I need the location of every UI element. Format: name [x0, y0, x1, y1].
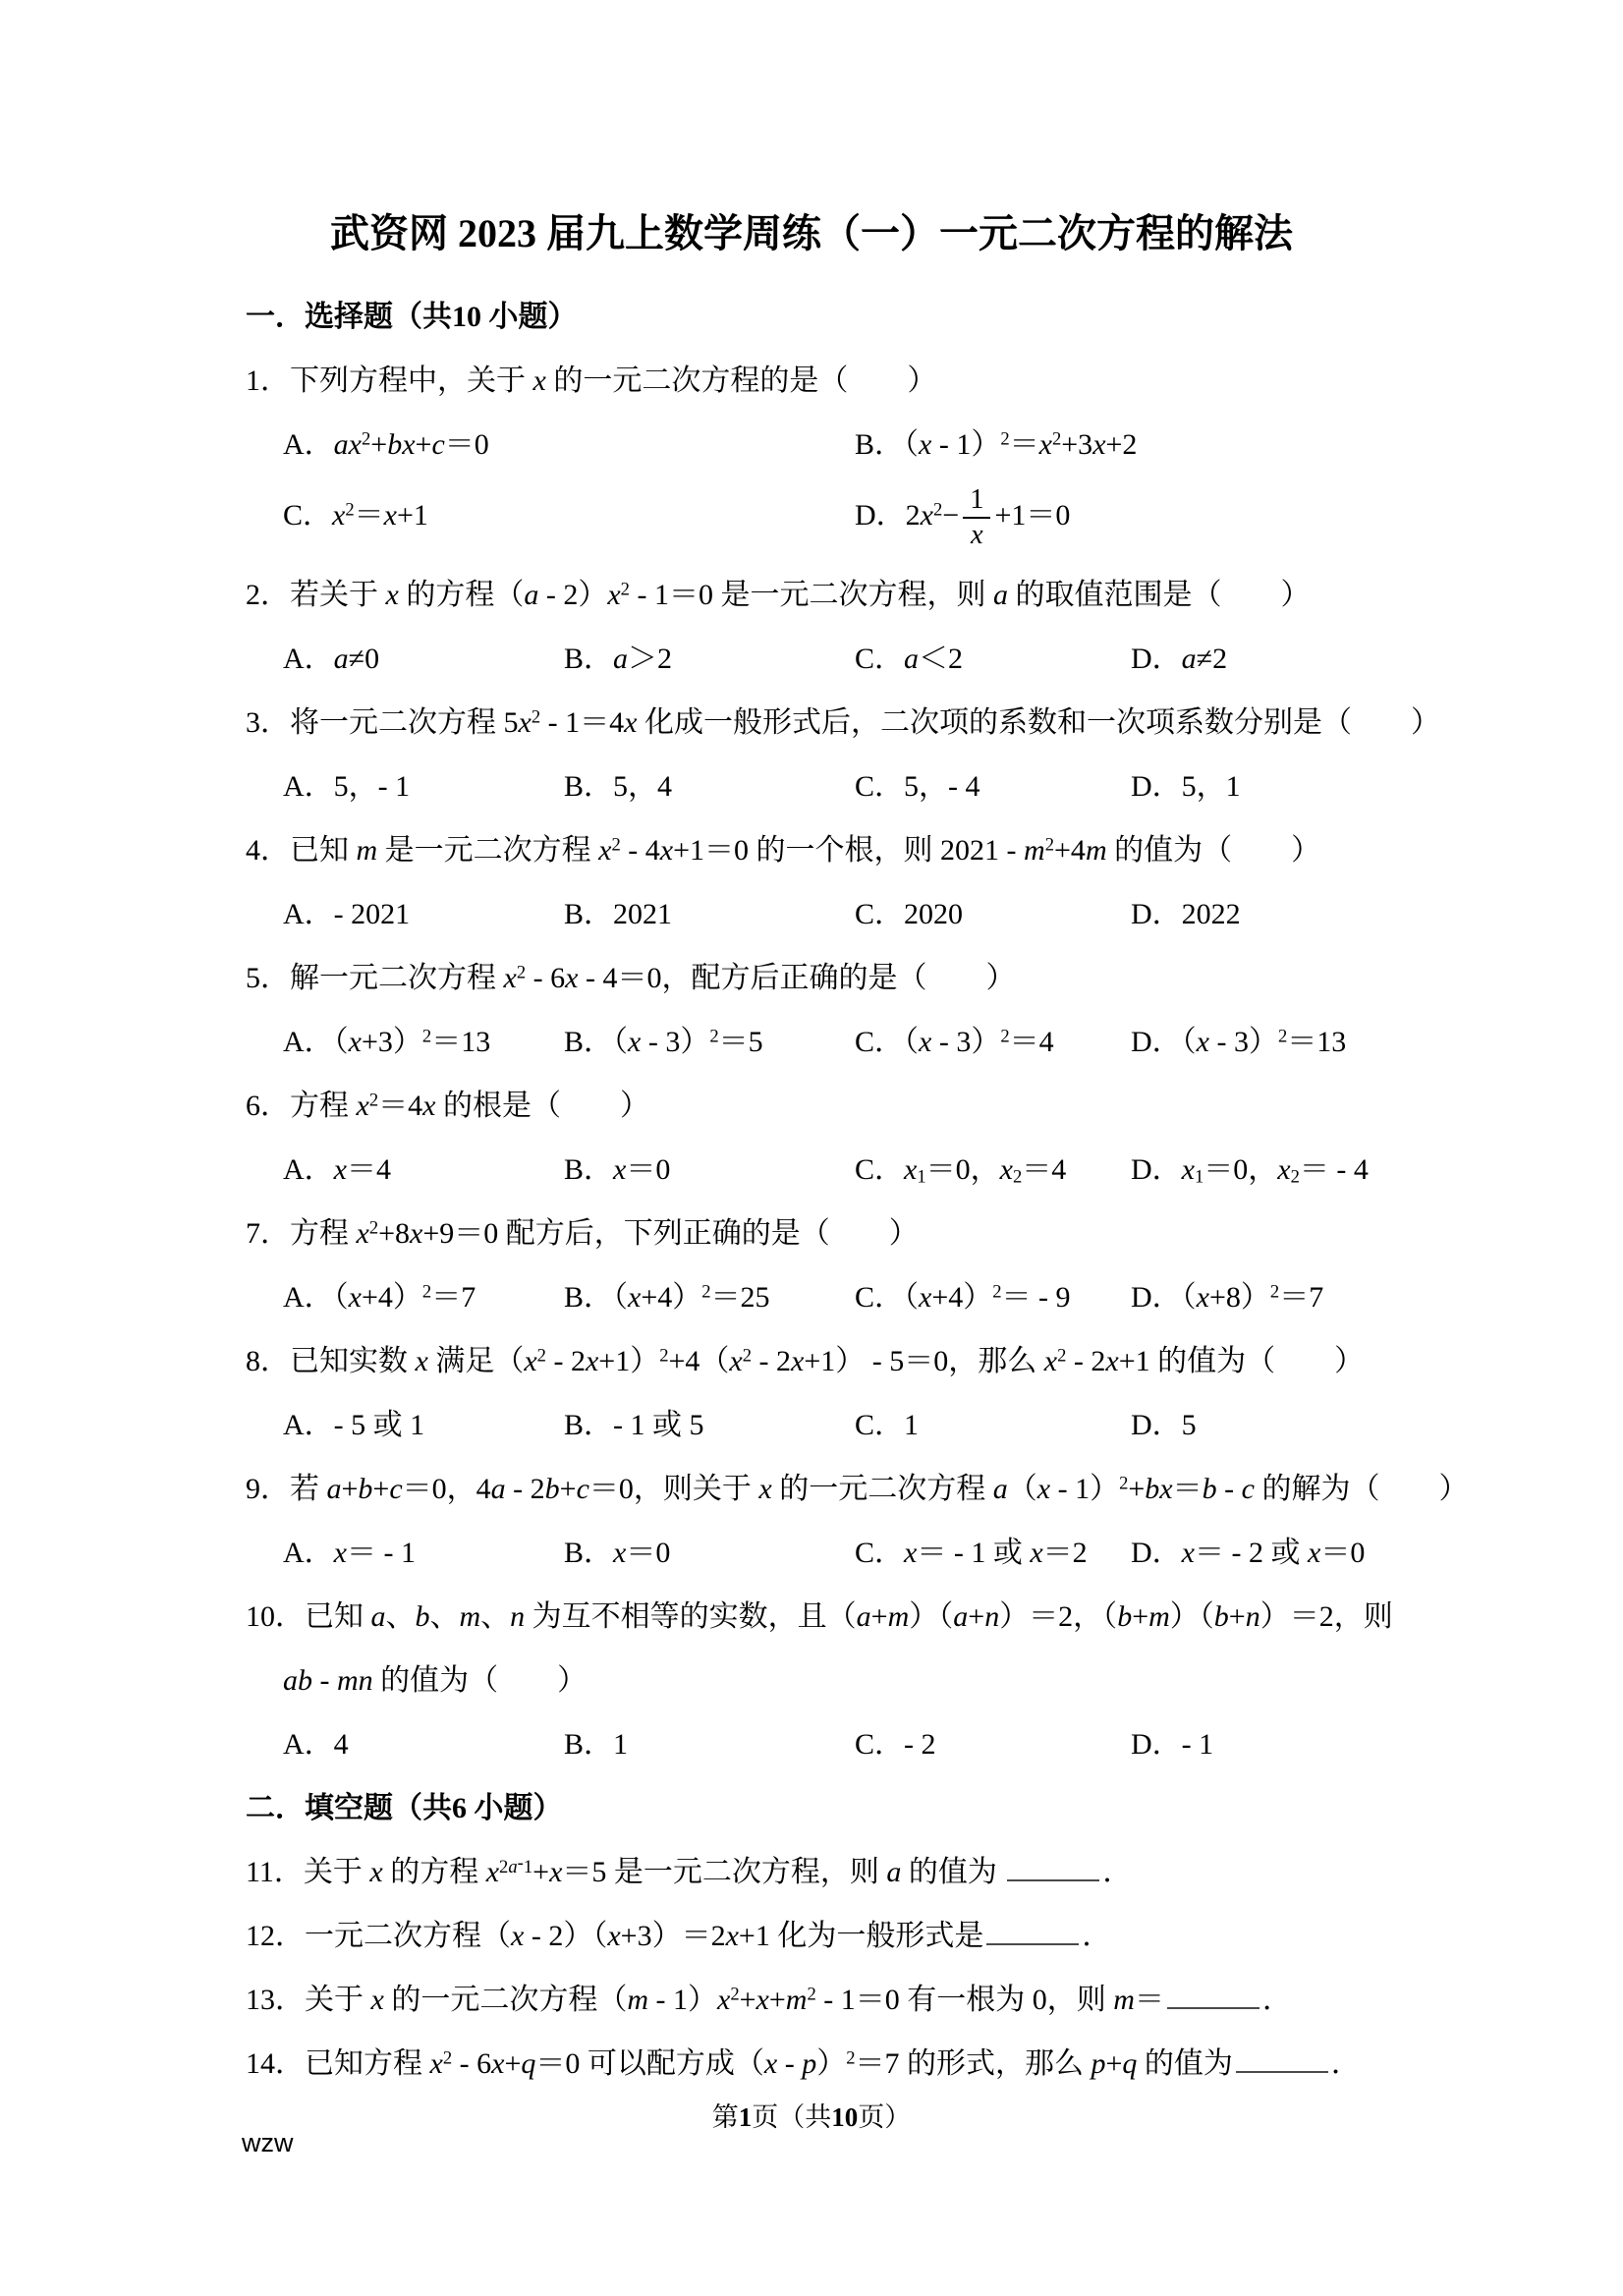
- question-10-stem-line-2: ab - mn 的值为（ ）: [246, 1649, 1564, 1712]
- question-9-stem: 9．若 a+b+c＝0，4a - 2b+c＝0，则关于 x 的一元二次方程 a（…: [246, 1457, 1564, 1521]
- question-5-stem: 5．解一元二次方程 x2 - 6x - 4＝0，配方后正确的是（ ）: [246, 946, 1564, 1010]
- question-8-option-b: B．- 1 或 5: [564, 1393, 855, 1457]
- question-10-options: A．4 B．1 C．- 2 D．- 1: [246, 1712, 1564, 1776]
- question-4-option-b: B．2021: [564, 882, 855, 946]
- question-1-options-row-2: C．x2＝x+1 D．2x2−1x+1＝0: [246, 476, 1564, 555]
- question-9-option-a: A．x＝ - 1: [283, 1521, 564, 1585]
- question-1-option-b: B．（x - 1）2＝x2+3x+2: [855, 413, 1564, 476]
- question-4-option-c: C．2020: [855, 882, 1131, 946]
- question-8-options: A．- 5 或 1 B．- 1 或 5 C．1 D．5: [246, 1393, 1564, 1457]
- question-2-options: A．a≠0 B．a＞2 C．a＜2 D．a≠2: [246, 627, 1564, 691]
- question-13-stem: 13．关于 x 的一元二次方程（m - 1）x2+x+m2 - 1＝0 有一根为…: [246, 1968, 1564, 2032]
- question-1-option-a: A．ax2+bx+c＝0: [283, 413, 855, 476]
- section-1-heading: 一．选择题（共10 小题）: [246, 285, 1564, 349]
- question-12-stem: 12．一元二次方程（x - 2）（x+3）＝2x+1 化为一般形式是．: [246, 1904, 1564, 1968]
- question-7-stem: 7．方程 x2+8x+9＝0 配方后，下列正确的是（ ）: [246, 1202, 1564, 1265]
- worksheet-body: 一．选择题（共10 小题） 1．下列方程中，关于 x 的一元二次方程的是（ ） …: [246, 285, 1564, 2096]
- question-3-options: A．5，- 1 B．5，4 C．5，- 4 D．5，1: [246, 755, 1564, 818]
- question-7-option-c: C．（x+4）2＝ - 9: [855, 1265, 1131, 1329]
- question-8-stem: 8．已知实数 x 满足（x2 - 2x+1）2+4（x2 - 2x+1） - 5…: [246, 1329, 1564, 1393]
- question-10-option-a: A．4: [283, 1712, 564, 1776]
- question-6-option-a: A．x＝4: [283, 1138, 564, 1202]
- question-5-option-b: B．（x - 3）2＝5: [564, 1010, 855, 1074]
- question-11-stem: 11．关于 x 的方程 x2a-1+x＝5 是一元二次方程，则 a 的值为 ．: [246, 1840, 1564, 1904]
- question-1-stem: 1．下列方程中，关于 x 的一元二次方程的是（ ）: [246, 349, 1564, 413]
- question-4-stem: 4．已知 m 是一元二次方程 x2 - 4x+1＝0 的一个根，则 2021 -…: [246, 818, 1564, 882]
- question-10-option-d: D．- 1: [1131, 1712, 1564, 1776]
- worksheet-page: 武资网 2023 届九上数学周练（一）一元二次方程的解法 一．选择题（共10 小…: [0, 0, 1623, 2296]
- question-5-option-c: C．（x - 3）2＝4: [855, 1010, 1131, 1074]
- question-9-options: A．x＝ - 1 B．x＝0 C．x＝ - 1 或 x＝2 D．x＝ - 2 或…: [246, 1521, 1564, 1585]
- question-9-option-b: B．x＝0: [564, 1521, 855, 1585]
- question-2-option-c: C．a＜2: [855, 627, 1131, 691]
- question-3-option-c: C．5，- 4: [855, 755, 1131, 818]
- section-2-heading: 二．填空题（共6 小题）: [246, 1776, 1564, 1840]
- question-3-stem: 3．将一元二次方程 5x2 - 1＝4x 化成一般形式后，二次项的系数和一次项系…: [246, 691, 1564, 755]
- question-3-option-d: D．5，1: [1131, 755, 1564, 818]
- question-8-option-a: A．- 5 或 1: [283, 1393, 564, 1457]
- question-6-stem: 6．方程 x2＝4x 的根是（ ）: [246, 1074, 1564, 1138]
- question-5-options: A．（x+3）2＝13 B．（x - 3）2＝5 C．（x - 3）2＝4 D．…: [246, 1010, 1564, 1074]
- question-6-options: A．x＝4 B．x＝0 C．x1＝0，x2＝4 D．x1＝0，x2＝ - 4: [246, 1138, 1564, 1202]
- question-4-option-a: A．- 2021: [283, 882, 564, 946]
- question-7-options: A．（x+4）2＝7 B．（x+4）2＝25 C．（x+4）2＝ - 9 D．（…: [246, 1265, 1564, 1329]
- question-9-option-c: C．x＝ - 1 或 x＝2: [855, 1521, 1131, 1585]
- question-4-option-d: D．2022: [1131, 882, 1564, 946]
- question-2-option-b: B．a＞2: [564, 627, 855, 691]
- question-10-option-b: B．1: [564, 1712, 855, 1776]
- question-5-option-d: D．（x - 3）2＝13: [1131, 1010, 1564, 1074]
- question-1-option-c: C．x2＝x+1: [283, 476, 855, 555]
- question-2-option-d: D．a≠2: [1131, 627, 1564, 691]
- question-7-option-b: B．（x+4）2＝25: [564, 1265, 855, 1329]
- question-1-options-row-1: A．ax2+bx+c＝0 B．（x - 1）2＝x2+3x+2: [246, 413, 1564, 476]
- watermark-wzw: wzw: [242, 2128, 294, 2157]
- question-1-option-d: D．2x2−1x+1＝0: [855, 476, 1564, 555]
- question-6-option-d: D．x1＝0，x2＝ - 4: [1131, 1138, 1564, 1202]
- question-6-option-b: B．x＝0: [564, 1138, 855, 1202]
- doc-title: 武资网 2023 届九上数学周练（一）一元二次方程的解法: [0, 0, 1623, 265]
- question-8-option-d: D．5: [1131, 1393, 1564, 1457]
- question-10-stem-line-1: 10．已知 a、b、m、n 为互不相等的实数，且（a+m）（a+n）＝2，（b+…: [246, 1585, 1564, 1649]
- question-10-option-c: C．- 2: [855, 1712, 1131, 1776]
- question-2-stem: 2．若关于 x 的方程（a - 2）x2 - 1＝0 是一元二次方程，则 a 的…: [246, 563, 1564, 627]
- question-3-option-a: A．5，- 1: [283, 755, 564, 818]
- question-5-option-a: A．（x+3）2＝13: [283, 1010, 564, 1074]
- question-4-options: A．- 2021 B．2021 C．2020 D．2022: [246, 882, 1564, 946]
- question-3-option-b: B．5，4: [564, 755, 855, 818]
- question-2-option-a: A．a≠0: [283, 627, 564, 691]
- question-9-option-d: D．x＝ - 2 或 x＝0: [1131, 1521, 1564, 1585]
- question-6-option-c: C．x1＝0，x2＝4: [855, 1138, 1131, 1202]
- question-7-option-a: A．（x+4）2＝7: [283, 1265, 564, 1329]
- question-7-option-d: D．（x+8）2＝7: [1131, 1265, 1564, 1329]
- question-8-option-c: C．1: [855, 1393, 1131, 1457]
